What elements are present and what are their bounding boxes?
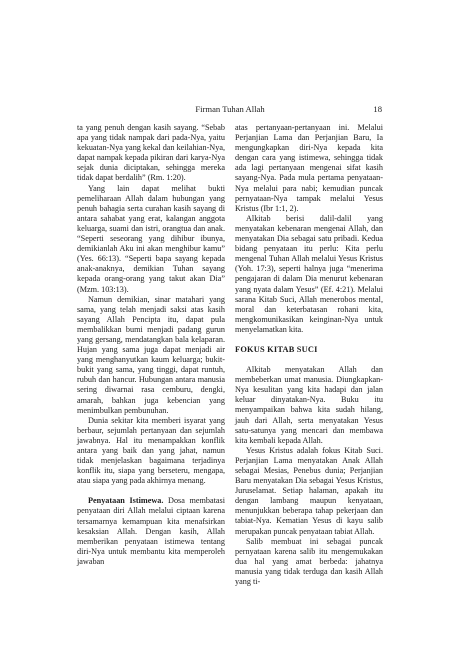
right-column: atas pertanyaan-pertanyaan ini. Melalui … xyxy=(235,123,383,587)
paragraph-text: Dosa membatasi penyataan diri Allah mela… xyxy=(77,496,225,566)
document-page: Firman Tuhan Allah 18 ta yang penuh deng… xyxy=(77,104,383,587)
paragraph: ta yang penuh dengan kasih sayang. “Seba… xyxy=(77,123,225,184)
page-header: Firman Tuhan Allah 18 xyxy=(77,104,383,114)
text-columns: ta yang penuh dengan kasih sayang. “Seba… xyxy=(77,123,383,587)
paragraph: Alkitab berisi dalil-dalil yang menyatak… xyxy=(235,214,383,335)
page-number: 18 xyxy=(373,104,382,114)
paragraph: Penyataan Istimewa. Dosa membatasi penya… xyxy=(77,496,225,567)
paragraph-lead: Penyataan Istimewa. xyxy=(88,496,163,505)
running-title: Firman Tuhan Allah xyxy=(195,104,264,114)
paragraph: Yang lain dapat melihat bukti pemelihara… xyxy=(77,184,225,295)
paragraph: Salib membuat ini sebagai puncak pernyat… xyxy=(235,537,383,587)
paragraph: atas pertanyaan-pertanyaan ini. Melalui … xyxy=(235,123,383,214)
left-column: ta yang penuh dengan kasih sayang. “Seba… xyxy=(77,123,225,587)
paragraph: Alkitab menyatakan Allah dan membeberkan… xyxy=(235,365,383,446)
section-heading: FOKUS KITAB SUCI xyxy=(235,345,383,355)
paragraph: Dunia sekitar kita memberi isyarat yang … xyxy=(77,416,225,487)
paragraph: Namun demikian, sinar matahari yang sama… xyxy=(77,295,225,416)
paragraph: Yesus Kristus adalah fokus Kitab Suci. P… xyxy=(235,446,383,537)
